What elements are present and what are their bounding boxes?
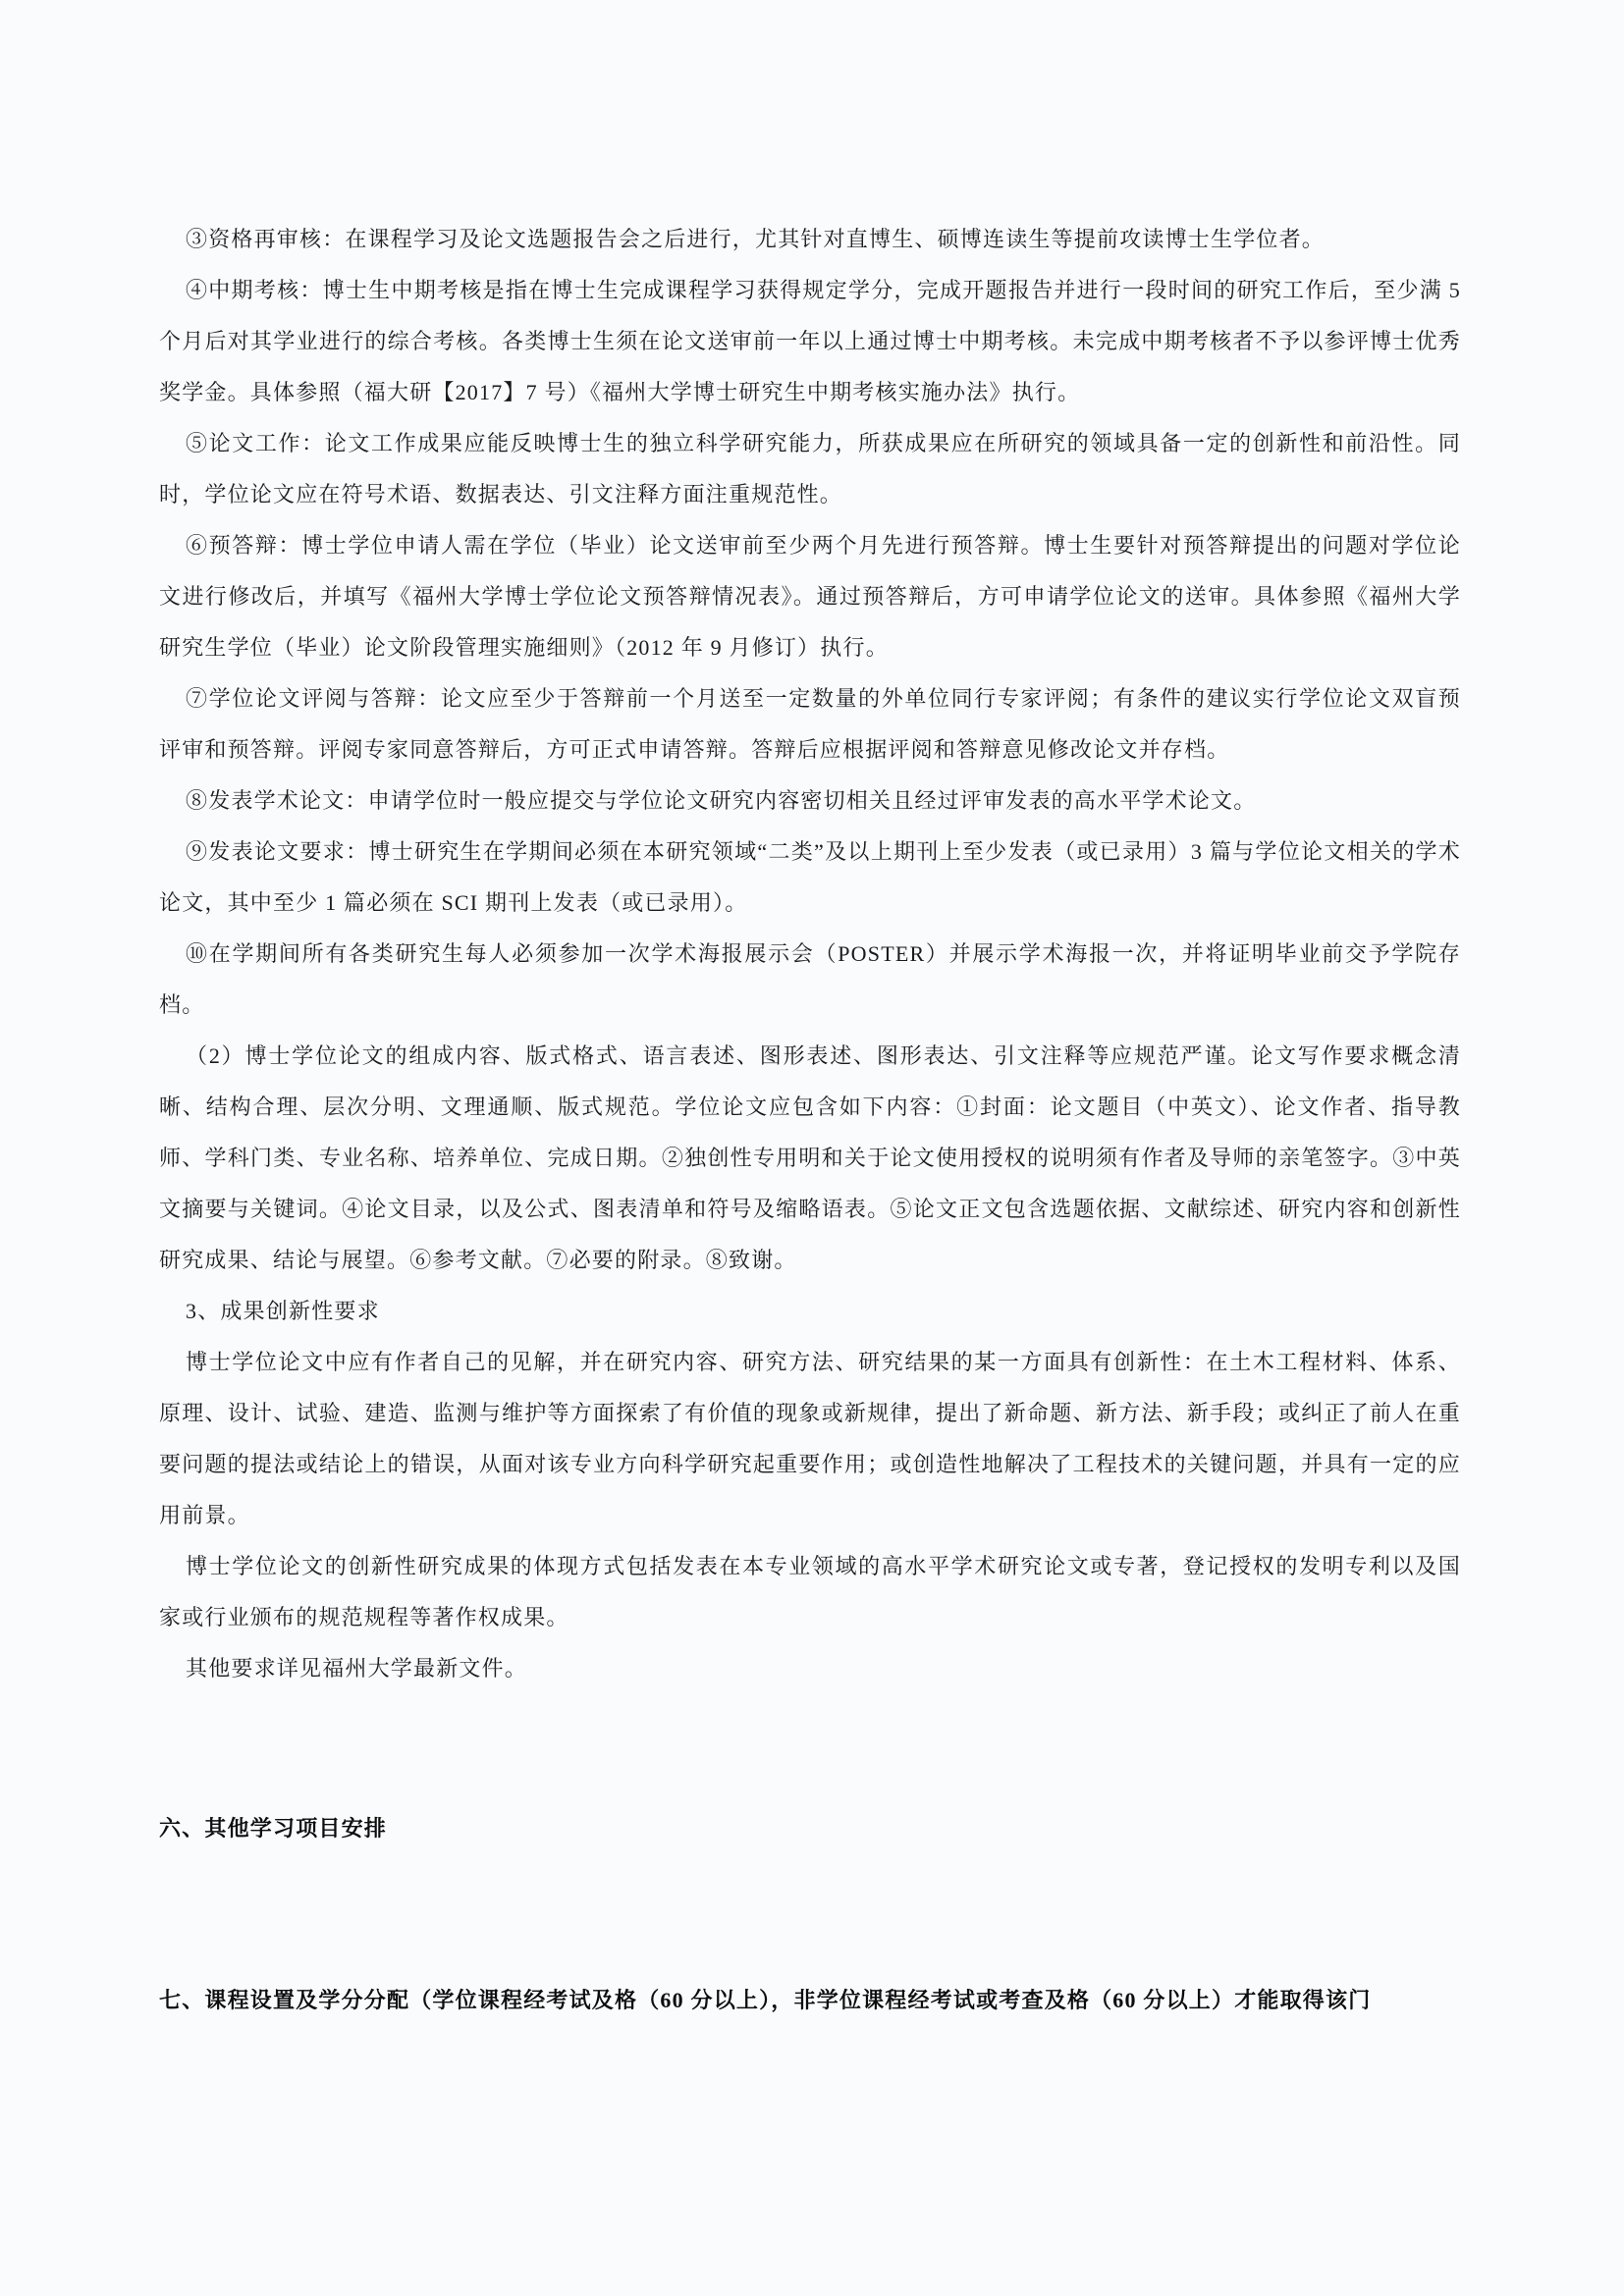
body-paragraph: 博士学位论文中应有作者自己的见解，并在研究内容、研究方法、研究结果的某一方面具有… [159, 1337, 1461, 1541]
subsection-heading-innovation: 3、成果创新性要求 [159, 1286, 1461, 1337]
body-paragraph: （2）博士学位论文的组成内容、版式格式、语言表述、图形表述、图形表达、引文注释等… [159, 1031, 1461, 1286]
body-paragraph: ⑦学位论文评阅与答辩：论文应至少于答辩前一个月送至一定数量的外单位同行专家评阅；… [159, 673, 1461, 775]
body-paragraph: 其他要求详见福州大学最新文件。 [159, 1643, 1461, 1694]
body-paragraph: ⑩在学期间所有各类研究生每人必须参加一次学术海报展示会（POSTER）并展示学术… [159, 929, 1461, 1031]
body-paragraph: ⑨发表论文要求：博士研究生在学期间必须在本研究领域“二类”及以上期刊上至少发表（… [159, 827, 1461, 929]
section-heading-seven: 七、课程设置及学分分配（学位课程经考试及格（60 分以上），非学位课程经考试或考… [159, 1975, 1534, 2026]
body-paragraph: ④中期考核：博士生中期考核是指在博士生完成课程学习获得规定学分，完成开题报告并进… [159, 265, 1461, 418]
body-paragraph: ③资格再审核：在课程学习及论文选题报告会之后进行，尤其针对直博生、硕博连读生等提… [159, 214, 1461, 265]
section-heading-six: 六、其他学习项目安排 [159, 1803, 1461, 1854]
body-paragraph: ⑧发表学术论文：申请学位时一般应提交与学位论文研究内容密切相关且经过评审发表的高… [159, 775, 1461, 827]
document-page: ③资格再审核：在课程学习及论文选题报告会之后进行，尤其针对直博生、硕博连读生等提… [159, 0, 1461, 2296]
body-paragraph: 博士学位论文的创新性研究成果的体现方式包括发表在本专业领域的高水平学术研究论文或… [159, 1541, 1461, 1643]
body-paragraph: ⑥预答辩：博士学位申请人需在学位（毕业）论文送审前至少两个月先进行预答辩。博士生… [159, 520, 1461, 673]
body-paragraph: ⑤论文工作：论文工作成果应能反映博士生的独立科学研究能力，所获成果应在所研究的领… [159, 418, 1461, 520]
